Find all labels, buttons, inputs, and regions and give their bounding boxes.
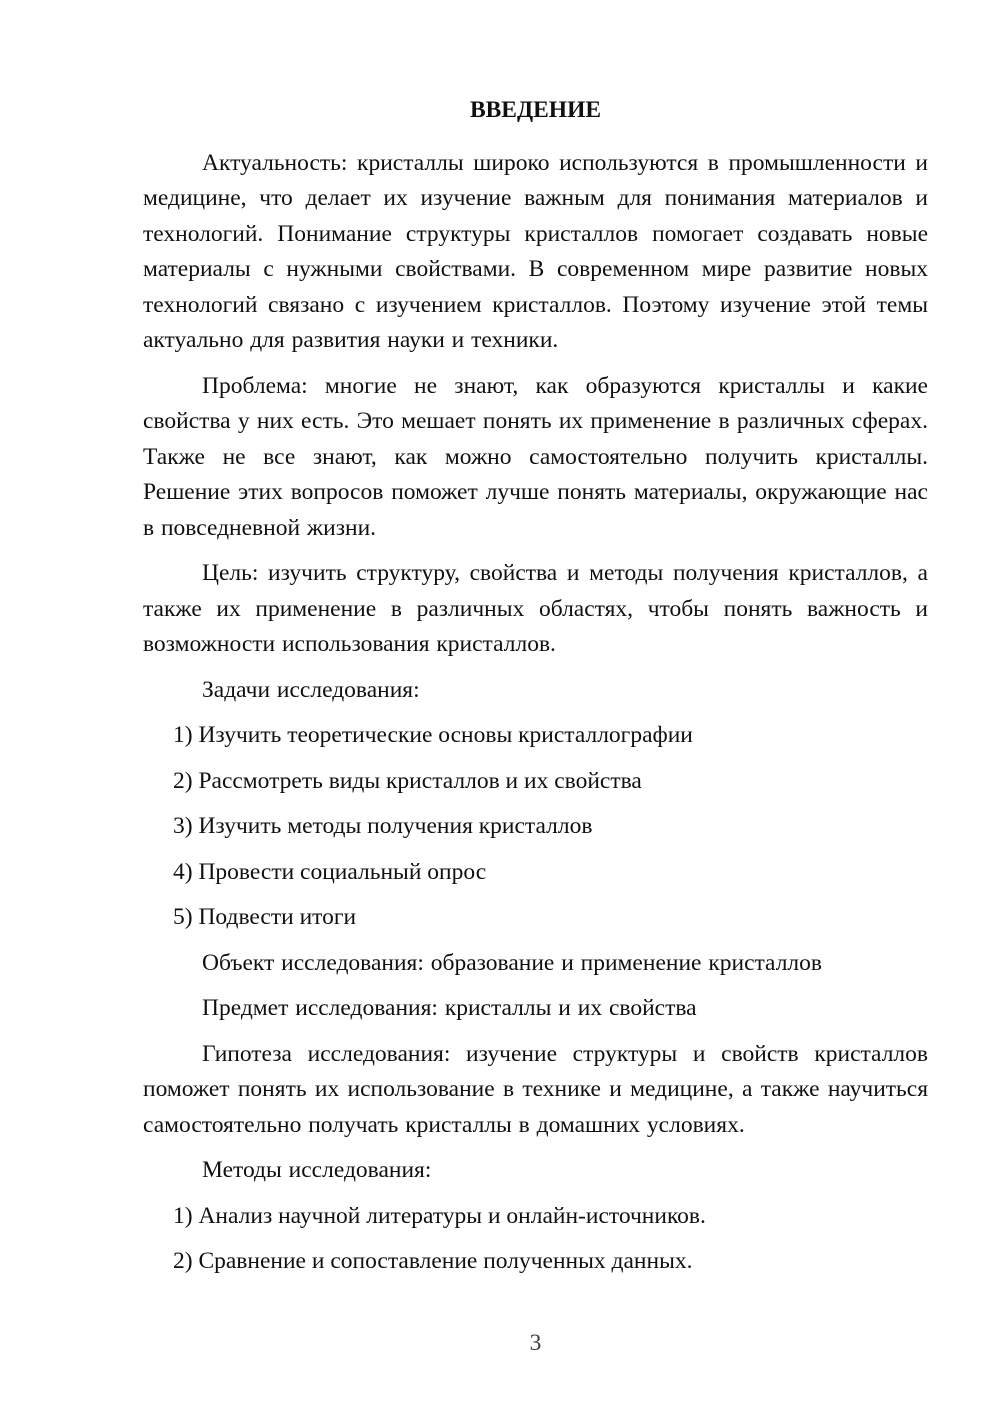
task-list-item-2: 2) Рассмотреть виды кристаллов и их свой… <box>143 764 928 800</box>
page-number: 3 <box>143 1326 928 1362</box>
paragraph-methods-heading: Методы исследования: <box>143 1153 928 1189</box>
paragraph-tasks-heading: Задачи исследования: <box>143 673 928 709</box>
task-list-item-1: 1) Изучить теоретические основы кристалл… <box>143 718 928 754</box>
method-list-item-1: 1) Анализ научной литературы и онлайн-ис… <box>143 1199 928 1235</box>
paragraph-goal: Цель: изучить структуру, свойства и мето… <box>143 556 928 663</box>
paragraph-hypothesis: Гипотеза исследования: изучение структур… <box>143 1037 928 1144</box>
document-page: ВВЕДЕНИЕ Актуальность: кристаллы широко … <box>0 0 1000 1414</box>
paragraph-subject: Предмет исследования: кристаллы и их сво… <box>143 991 928 1027</box>
paragraph-problem: Проблема: многие не знают, как образуютс… <box>143 369 928 547</box>
page-title: ВВЕДЕНИЕ <box>143 93 928 129</box>
task-list-item-4: 4) Провести социальный опрос <box>143 855 928 891</box>
method-list-item-2: 2) Сравнение и сопоставление полученных … <box>143 1244 928 1280</box>
task-list-item-3: 3) Изучить методы получения кристаллов <box>143 809 928 845</box>
paragraph-object: Объект исследования: образование и приме… <box>143 946 928 982</box>
paragraph-relevance: Актуальность: кристаллы широко использую… <box>143 146 928 359</box>
task-list-item-5: 5) Подвести итоги <box>143 900 928 936</box>
